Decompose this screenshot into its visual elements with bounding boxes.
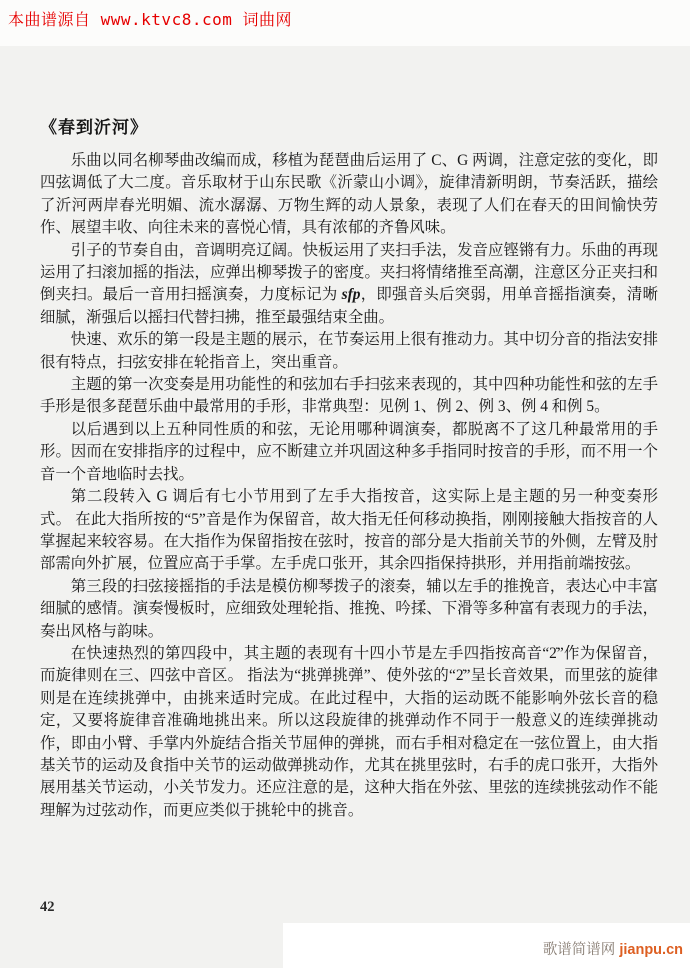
dynamics-marking-sfp: sfp	[342, 286, 361, 303]
footer-site-name: 歌谱简谱网	[543, 942, 616, 958]
source-watermark: 本曲谱源自 www.ktvc8.com 词曲网	[8, 7, 292, 30]
paragraph-variation1: 主题的第一次变奏是用功能性的和弦加右手扫弦来表现的，其中四种功能性和弦的左手手形…	[40, 374, 658, 419]
article-body: 乐曲以同名柳琴曲改编而成，移植为琵琶曲后运用了 C、G 两调，注意定弦的变化，即…	[40, 150, 658, 822]
paragraph-chords-advice: 以后遇到以上五种同性质的和弦，无论用哪种调演奏，都脱离不了这几种最常用的手形。因…	[40, 419, 658, 486]
page-number: 42	[40, 899, 55, 916]
paragraph-section1: 快速、欢乐的第一段是主题的展示，在节奏运用上很有推动力。其中切分音的指法安排很有…	[40, 329, 658, 374]
scanned-page: 本曲谱源自 www.ktvc8.com 词曲网 《春到沂河》 乐曲以同名柳琴曲改…	[0, 0, 690, 968]
paragraph-section4: 在快速热烈的第四段中，其主题的表现有十四小节是左手四指按高音“2̇”作为保留音，…	[40, 643, 658, 822]
paragraph-section2: 第二段转入 G 调后有七小节用到了左手大指按音，这实际上是主题的另一种变奏形式。…	[40, 486, 658, 576]
paragraph-intro: 乐曲以同名柳琴曲改编而成，移植为琵琶曲后运用了 C、G 两调，注意定弦的变化，即…	[40, 150, 658, 240]
footer-watermark: 歌谱简谱网 jianpu.cn	[543, 938, 683, 959]
footer-site-url: jianpu.cn	[619, 942, 683, 958]
paragraph-yinzi: 引子的节奏自由，音调明亮辽阔。快板运用了夹扫手法，发音应铿锵有力。乐曲的再现运用…	[40, 240, 658, 330]
page-title: 《春到沂河》	[40, 113, 148, 138]
paragraph-section3: 第三段的扫弦接摇指的手法是模仿柳琴拨子的滚奏，辅以左手的推挽音，表达心中丰富细腻…	[40, 576, 658, 643]
